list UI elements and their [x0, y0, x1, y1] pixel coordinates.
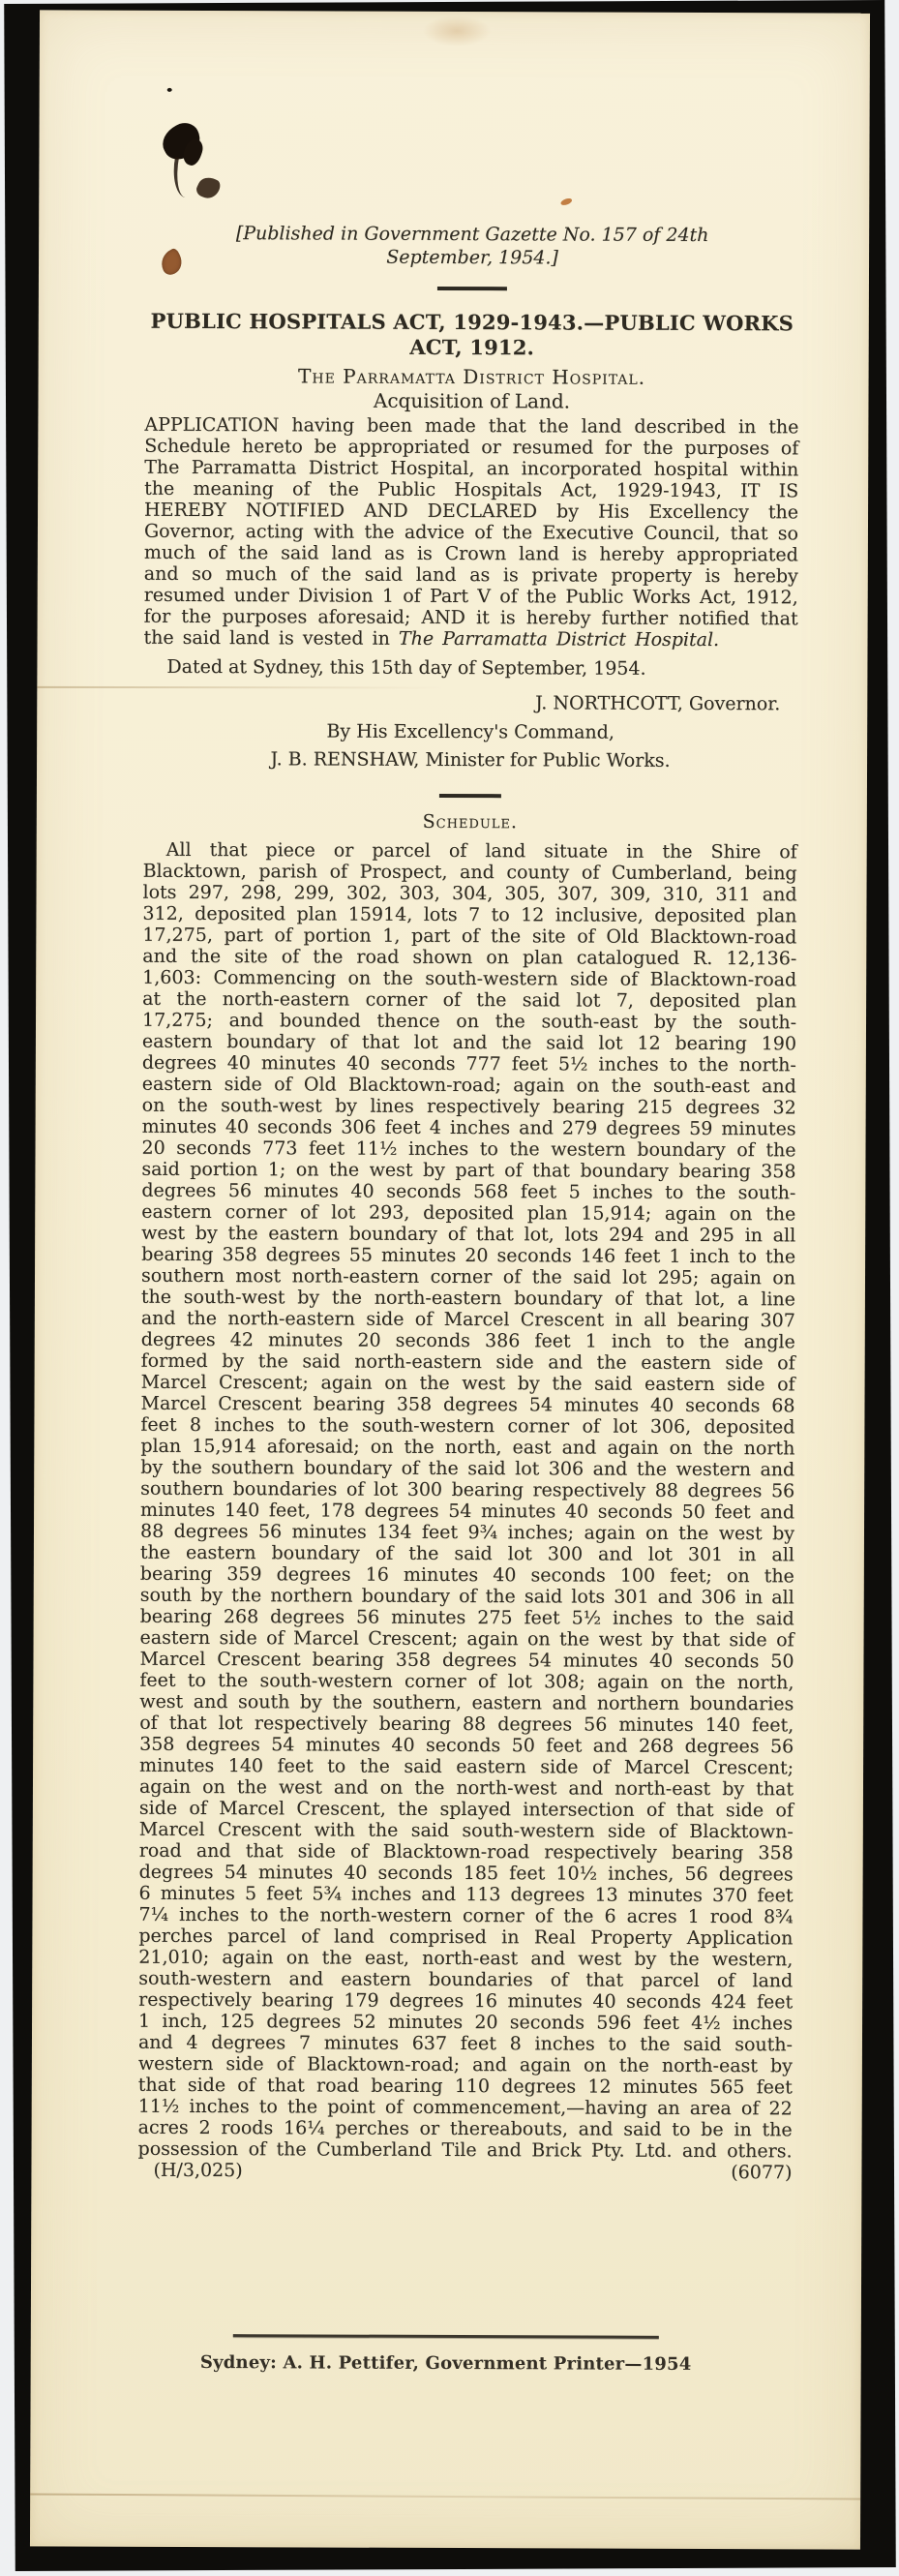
gazette-note-line1: [Published in Government Gazette No. 157… — [145, 222, 799, 248]
ink-speck — [167, 88, 172, 92]
orange-speck-stain — [560, 197, 573, 207]
governor-signature: J. NORTHCOTT, Governor. — [143, 691, 797, 715]
ink-smudge-stain — [195, 173, 223, 201]
hospital-name-heading: The Parramatta District Hospital. — [145, 365, 799, 389]
schedule-paragraph: All that piece or parcel of land situate… — [137, 839, 796, 2184]
paper-sheet: [Published in Government Gazette No. 157… — [30, 10, 870, 2549]
faint-top-stain — [423, 15, 491, 46]
schedule-heading: Schedule. — [143, 810, 797, 834]
gazette-note-line2: September, 1954.] — [145, 245, 799, 271]
footer-rule — [233, 2334, 659, 2339]
paper-crease-bottom — [30, 2493, 860, 2500]
section-divider — [437, 287, 507, 290]
gazette-publication-note: [Published in Government Gazette No. 157… — [145, 222, 799, 271]
minister-signature: J. B. RENSHAW, Minister for Public Works… — [143, 748, 797, 773]
acquisition-subtitle: Acquisition of Land. — [144, 389, 798, 413]
schedule-divider — [439, 794, 501, 798]
notice-paragraph-italic-tail: The Parramatta District Hospital. — [399, 628, 719, 651]
notice-paragraph-text: APPLICATION having been made that the la… — [144, 414, 799, 650]
schedule-paragraph-text: All that piece or parcel of land situate… — [138, 839, 797, 2162]
notice-paragraph: APPLICATION having been made that the la… — [144, 414, 799, 652]
file-reference: (H/3,025) — [153, 2160, 242, 2181]
printer-footer: Sydney: A. H. Pettifer, Government Print… — [31, 2333, 861, 2375]
printer-imprint: Sydney: A. H. Pettifer, Government Print… — [31, 2351, 861, 2375]
dated-line: Dated at Sydney, this 15th day of Septem… — [143, 656, 797, 681]
command-line: By His Excellency's Command, — [143, 720, 797, 744]
notice-body-column: [Published in Government Gazette No. 157… — [137, 222, 799, 2184]
scanned-gazette-page: { "colors": { "scan_background": "#eef0f… — [0, 0, 899, 2576]
act-title-line2: ACT, 1912. — [145, 334, 799, 362]
act-title: PUBLIC HOSPITALS ACT, 1929-1943.—PUBLIC … — [145, 309, 799, 362]
act-title-line1: PUBLIC HOSPITALS ACT, 1929-1943.—PUBLIC … — [145, 309, 799, 337]
ink-blot-tail — [168, 157, 193, 198]
